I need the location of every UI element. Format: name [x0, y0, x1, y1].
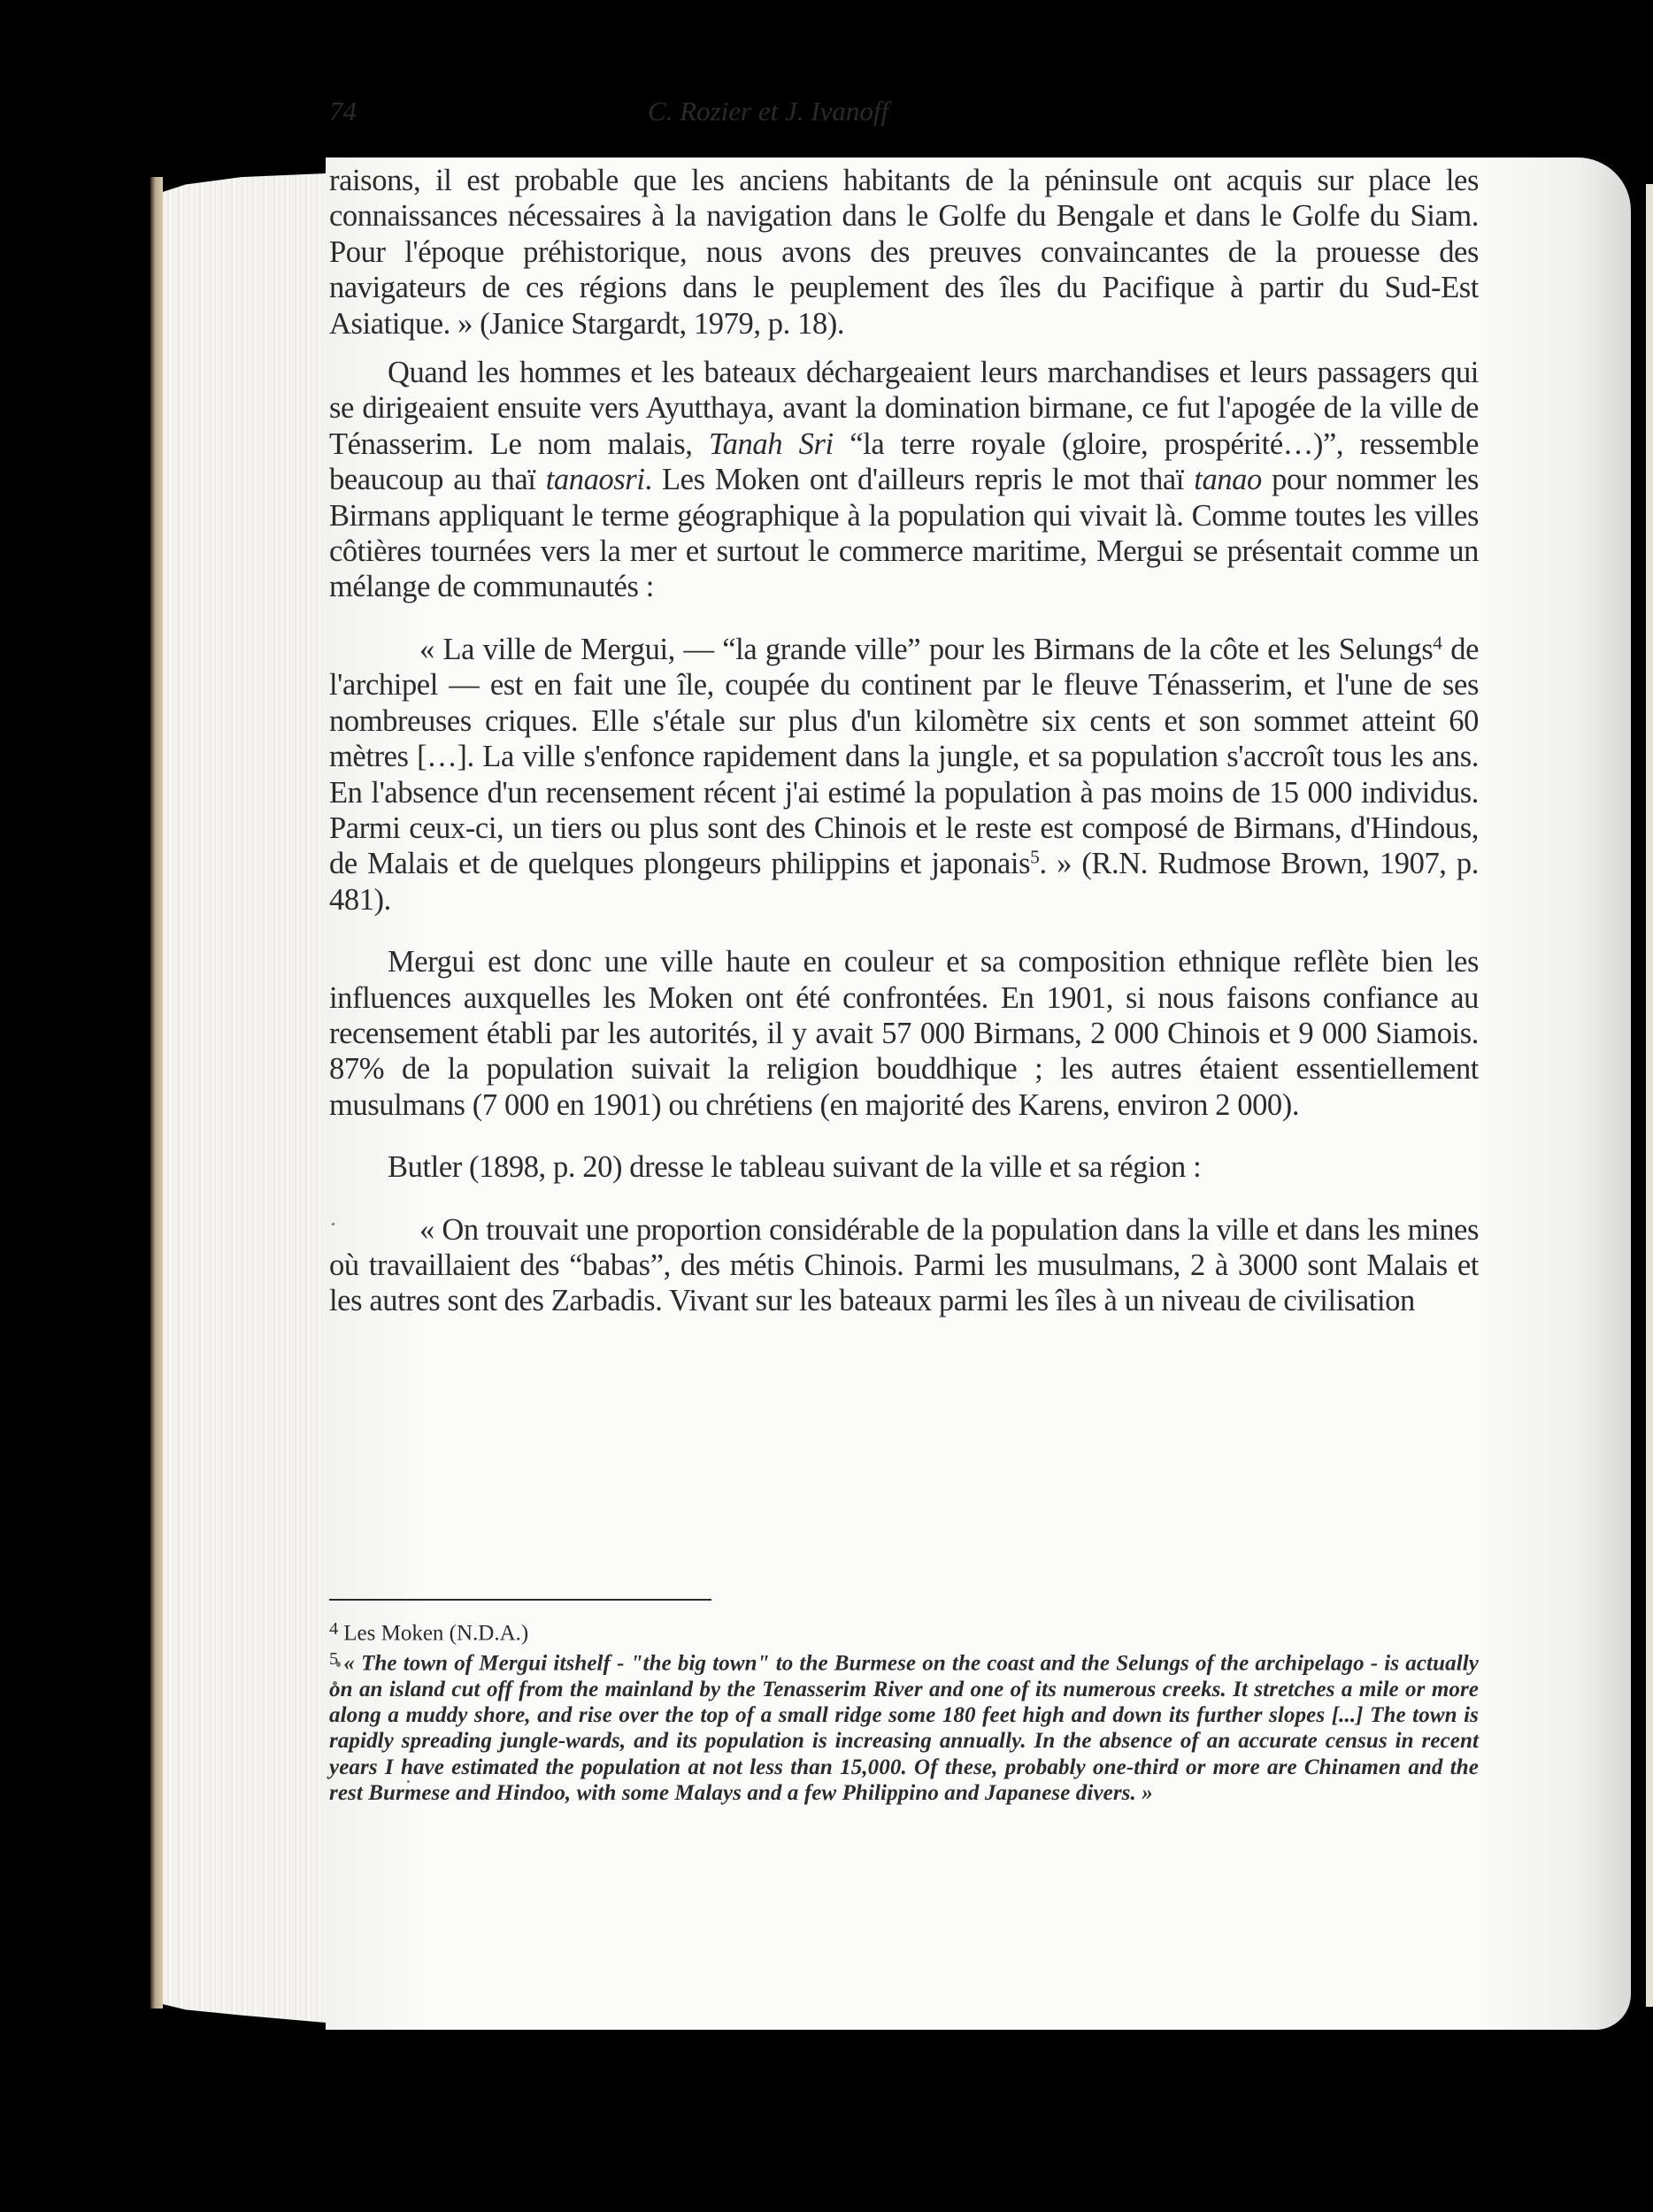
footnote-4: 4Les Moken (N.D.A.): [329, 1617, 1479, 1647]
paper-speck: [332, 1223, 334, 1225]
paper-speck: [336, 1662, 341, 1667]
text-run: « La ville de Mergui, — “la grande ville…: [419, 633, 1433, 666]
book-spine: [150, 177, 163, 2008]
footnote-ref-4[interactable]: 4: [1433, 632, 1442, 653]
block-quote-butler: « On trouvait une proportion considérabl…: [329, 1212, 1479, 1319]
italic-term: Tanah Sri: [709, 427, 834, 461]
italic-term: tanaosri: [546, 463, 645, 496]
text-run: . Les Moken ont d'ailleurs repris le mot…: [645, 463, 1195, 496]
block-quote-mergui: « La ville de Mergui, — “la grande ville…: [329, 632, 1479, 918]
paragraph-tenasserim: Quand les hommes et les bateaux décharge…: [329, 355, 1479, 605]
running-title-authors: C. Rozier et J. Ivanoff: [648, 96, 888, 127]
body-text: raisons, il est probable que les anciens…: [329, 163, 1479, 1319]
page-number: 74: [329, 96, 357, 127]
footnote-number: 4: [329, 1619, 338, 1639]
footnote-text: « The town of Mergui itshelf - "the big …: [329, 1651, 1479, 1804]
paragraph-continuation: raisons, il est probable que les anciens…: [329, 163, 1479, 342]
page-edge-right: [1646, 184, 1653, 2007]
footnotes: 4Les Moken (N.D.A.) 5« The town of Mergu…: [329, 1617, 1479, 1806]
page-stack-edge: [163, 173, 326, 2023]
paragraph-butler: Butler (1898, p. 20) dresse le tableau s…: [329, 1149, 1479, 1185]
footnote-text: Les Moken (N.D.A.): [343, 1622, 528, 1646]
paragraph-census: Mergui est donc une ville haute en coule…: [329, 944, 1479, 1123]
text-run: de l'archipel — est en fait une île, cou…: [329, 633, 1479, 880]
footnote-5: 5« The town of Mergui itshelf - "the big…: [329, 1647, 1479, 1806]
paper-speck: [407, 1780, 410, 1783]
paper-speck: [333, 1681, 337, 1686]
footnote-divider: [329, 1599, 711, 1601]
footnote-ref-5[interactable]: 5: [1030, 847, 1039, 868]
italic-term: tanao: [1194, 463, 1262, 496]
